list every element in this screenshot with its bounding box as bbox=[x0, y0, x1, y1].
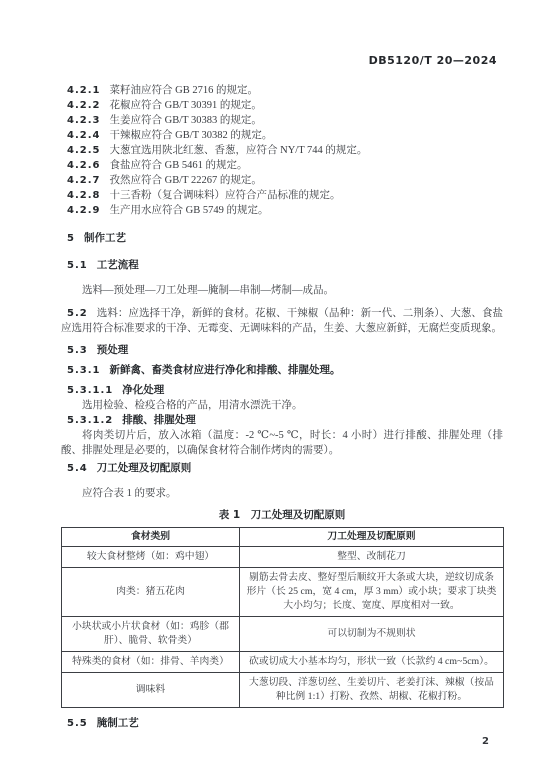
cell-category: 小块状或小片状食材（如：鸡胗（郡肝）、脆骨、软骨类） bbox=[62, 617, 240, 652]
section-5-5-heading: 5.5腌制工艺 bbox=[61, 716, 503, 731]
clause-4-2-5: 4.2.5大葱宜选用陕北红葱、香葱，应符合 NY/T 744 的规定。 bbox=[61, 143, 503, 158]
section-number: 5.3.1.2 bbox=[67, 415, 113, 426]
clause-list-4-2: 4.2.1菜籽油应符合 GB 2716 的规定。 4.2.2花椒应符合 GB/T… bbox=[61, 83, 503, 218]
clause-4-2-6: 4.2.6食盐应符合 GB 5461 的规定。 bbox=[61, 158, 503, 173]
clause-text: 干辣椒应符合 GB/T 30382 的规定。 bbox=[109, 130, 272, 141]
clause-number: 5.3.1 bbox=[67, 365, 100, 376]
clause-number: 4.2.7 bbox=[67, 175, 100, 186]
clause-5-3-1: 5.3.1新鲜禽、畜类食材应进行净化和排酸、排腥处理。 bbox=[61, 363, 503, 378]
cell-category: 较大食材整烤（如：鸡中翅） bbox=[62, 547, 240, 568]
clause-4-2-2: 4.2.2花椒应符合 GB/T 30391 的规定。 bbox=[61, 98, 503, 113]
table-row: 较大食材整烤（如：鸡中翅） 整型、改制花刀 bbox=[62, 547, 504, 568]
section-5-3-heading: 5.3预处理 bbox=[61, 343, 503, 358]
cell-rule: 可以切制为不规则状 bbox=[240, 617, 504, 652]
cell-category: 肉类：猪五花肉 bbox=[62, 568, 240, 617]
section-title: 刀工处理及切配原则 bbox=[97, 462, 192, 474]
clause-number: 4.2.1 bbox=[67, 85, 100, 96]
clause-4-2-9: 4.2.9生产用水应符合 GB 5749 的规定。 bbox=[61, 203, 503, 218]
clause-number: 5.2 bbox=[61, 308, 88, 319]
clause-text: 生产用水应符合 GB 5749 的规定。 bbox=[109, 205, 268, 216]
section-5-heading: 5制作工艺 bbox=[61, 231, 503, 246]
table-row: 小块状或小片状食材（如：鸡胗（郡肝）、脆骨、软骨类） 可以切制为不规则状 bbox=[62, 617, 504, 652]
clause-4-2-4: 4.2.4干辣椒应符合 GB/T 30382 的规定。 bbox=[61, 128, 503, 143]
clause-text: 十三香粉（复合调味料）应符合产品标准的规定。 bbox=[109, 190, 340, 201]
section-5-4-heading: 5.4刀工处理及切配原则 bbox=[61, 461, 503, 476]
clause-text: 孜然应符合 GB/T 22267 的规定。 bbox=[109, 175, 261, 186]
cell-rule: 整型、改制花刀 bbox=[240, 547, 504, 568]
section-number: 5.1 bbox=[67, 260, 88, 271]
section-title: 腌制工艺 bbox=[97, 717, 139, 729]
table-header-row: 食材类别 刀工处理及切配原则 bbox=[62, 528, 504, 547]
page-number: 2 bbox=[61, 736, 503, 747]
page-content: DB5120/T 20—2024 4.2.1菜籽油应符合 GB 2716 的规定… bbox=[61, 54, 503, 747]
section-number: 5.5 bbox=[67, 718, 88, 729]
cell-rule: 大葱切段、洋葱切丝、生姜切片、老姜打沫、辣椒（按品种比例 1:1）打粉、孜然、胡… bbox=[240, 673, 504, 708]
section-title: 排酸、排腥处理 bbox=[122, 414, 196, 426]
section-title: 工艺流程 bbox=[97, 259, 139, 271]
clause-4-2-7: 4.2.7孜然应符合 GB/T 22267 的规定。 bbox=[61, 173, 503, 188]
clause-4-2-1: 4.2.1菜籽油应符合 GB 2716 的规定。 bbox=[61, 83, 503, 98]
clause-5-2: 5.2选料：应选择干净，新鲜的食材。花椒、干辣椒（品种：新一代、二荆条）、大葱、… bbox=[61, 306, 503, 336]
document-page: DB5120/T 20—2024 4.2.1菜籽油应符合 GB 2716 的规定… bbox=[0, 0, 548, 776]
section-title: 预处理 bbox=[97, 344, 129, 356]
clause-text: 食盐应符合 GB 5461 的规定。 bbox=[109, 160, 247, 171]
col-header-ingredient-category: 食材类别 bbox=[62, 528, 240, 547]
table-row: 调味料 大葱切段、洋葱切丝、生姜切片、老姜打沫、辣椒（按品种比例 1:1）打粉、… bbox=[62, 673, 504, 708]
cell-rule: 剔筋去骨去皮、整好型后顺纹开大条或大块，逆纹切成条形片（长 25 cm，宽 4 … bbox=[240, 568, 504, 617]
clause-number: 4.2.5 bbox=[67, 145, 100, 156]
col-header-knife-rule: 刀工处理及切配原则 bbox=[240, 528, 504, 547]
table-row: 特殊类的食材（如：排骨、羊肉类） 砍或切成大小基本均匀，形状一致（长款约 4 c… bbox=[62, 652, 504, 673]
clause-text: 大葱宜选用陕北红葱、香葱，应符合 NY/T 744 的规定。 bbox=[109, 145, 367, 156]
section-number: 5.3 bbox=[67, 345, 88, 356]
table-1: 食材类别 刀工处理及切配原则 较大食材整烤（如：鸡中翅） 整型、改制花刀 肉类：… bbox=[61, 527, 504, 708]
clause-number: 4.2.4 bbox=[67, 130, 100, 141]
section-number: 5 bbox=[67, 233, 75, 244]
clause-4-2-3: 4.2.3生姜应符合 GB/T 30383 的规定。 bbox=[61, 113, 503, 128]
clause-5-3-1-1-body: 选用检验、检疫合格的产品，用清水漂洗干净。 bbox=[61, 398, 503, 413]
clause-5-3-1-2-body: 将肉类切片后，放入冰箱（温度：-2 ℃~-5 ℃，时长：4 小时）进行排酸、排腥… bbox=[61, 428, 503, 458]
doc-code: DB5120/T 20—2024 bbox=[61, 54, 503, 68]
cell-category: 特殊类的食材（如：排骨、羊肉类） bbox=[62, 652, 240, 673]
section-title: 净化处理 bbox=[122, 384, 164, 396]
process-flow-text: 选料—预处理—刀工处理—腌制—串制—烤制—成品。 bbox=[61, 283, 503, 298]
clause-number: 4.2.8 bbox=[67, 190, 100, 201]
table-row: 肉类：猪五花肉 剔筋去骨去皮、整好型后顺纹开大条或大块，逆纹切成条形片（长 25… bbox=[62, 568, 504, 617]
clause-number: 4.2.9 bbox=[67, 205, 100, 216]
clause-text: 新鲜禽、畜类食材应进行净化和排酸、排腥处理。 bbox=[109, 364, 340, 376]
section-5-3-1-1-heading: 5.3.1.1净化处理 bbox=[61, 383, 503, 398]
clause-5-4-body: 应符合表 1 的要求。 bbox=[61, 486, 503, 501]
section-5-1-heading: 5.1工艺流程 bbox=[61, 258, 503, 273]
section-5-3-1-2-heading: 5.3.1.2排酸、排腥处理 bbox=[61, 413, 503, 428]
clause-text: 菜籽油应符合 GB 2716 的规定。 bbox=[109, 85, 257, 96]
clause-text: 生姜应符合 GB/T 30383 的规定。 bbox=[109, 115, 261, 126]
clause-number: 4.2.2 bbox=[67, 100, 100, 111]
clause-text: 选料：应选择干净，新鲜的食材。花椒、干辣椒（品种：新一代、二荆条）、大葱、食盐应… bbox=[61, 308, 503, 334]
clause-number: 4.2.3 bbox=[67, 115, 100, 126]
section-number: 5.3.1.1 bbox=[67, 385, 113, 396]
section-title: 制作工艺 bbox=[84, 232, 126, 244]
clause-text: 花椒应符合 GB/T 30391 的规定。 bbox=[109, 100, 261, 111]
cell-rule: 砍或切成大小基本均匀，形状一致（长款约 4 cm~5cm）。 bbox=[240, 652, 504, 673]
clause-number: 4.2.6 bbox=[67, 160, 100, 171]
section-number: 5.4 bbox=[67, 463, 88, 474]
clause-4-2-8: 4.2.8十三香粉（复合调味料）应符合产品标准的规定。 bbox=[61, 188, 503, 203]
cell-category: 调味料 bbox=[62, 673, 240, 708]
table-1-caption: 表 1 刀工处理及切配原则 bbox=[61, 508, 503, 523]
